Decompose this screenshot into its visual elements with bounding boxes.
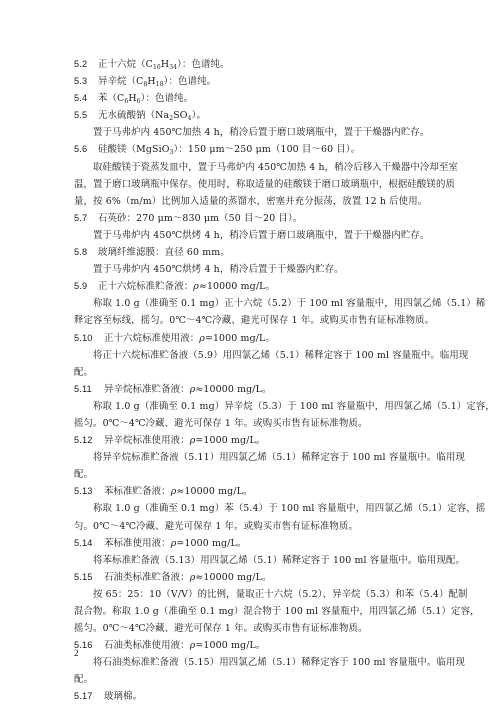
paragraph-line: 将正十六烷标准贮备液（5.9）用四氯乙烯（5.1）稀释定容于 100 ml 容量… <box>74 347 430 364</box>
subscript: 16 <box>153 64 161 71</box>
concentration-value: ≈10000 mg/L。 <box>195 384 271 395</box>
section-heading: 5.8玻璃纤维滤膜：直径 60 mm。 <box>74 244 430 261</box>
paragraph-line: 温，置于磨口玻璃瓶中保存。使用时，称取适量的硅酸镁于磨口玻璃瓶中，根据硅酸镁的质 <box>74 176 430 193</box>
section-heading: 5.4苯（C6H6）：色谱纯。 <box>74 90 430 107</box>
section-number: 5.5 <box>74 107 98 124</box>
concentration-value: ≈10000 mg/L。 <box>195 572 271 583</box>
section-title: 正十六烷标准贮备液： <box>98 281 193 292</box>
paragraph-line: 配。 <box>74 466 430 483</box>
paragraph-line: 量，按 6%（m/m）比例加入适量的蒸馏水，密塞并充分振荡，放置 12 h 后使… <box>74 193 430 210</box>
section-heading: 5.15石油类标准贮备液：ρ≈10000 mg/L。 <box>74 569 430 586</box>
section-heading: 5.6硅酸镁（MgSiO3）：150 μm～250 μm（100 目～60 目）… <box>74 141 430 158</box>
section-title: 石英砂：270 μm～830 μm（50 目～20 目）。 <box>98 213 302 224</box>
section-heading: 5.7石英砂：270 μm～830 μm（50 目～20 目）。 <box>74 210 430 227</box>
section-title: 无水硫酸钠（Na <box>98 110 169 121</box>
section-title: 苯标准使用液： <box>104 538 171 549</box>
page-number: 2 <box>74 648 79 658</box>
section-heading: 5.11异辛烷标准贮备液：ρ≈10000 mg/L。 <box>74 381 430 398</box>
section-title: 苯（C <box>98 93 124 104</box>
section-title-suffix: ）：色谱纯。 <box>141 93 193 104</box>
paragraph-line: 配。 <box>74 364 430 381</box>
paragraph-line: 摇匀。0℃～4℃冷藏、避光可保存 1 年。或购买市售有证标准物质。 <box>74 415 430 432</box>
section-heading: 5.10正十六烷标准使用液：ρ=1000 mg/L。 <box>74 330 430 347</box>
section-number: 5.9 <box>74 278 98 295</box>
paragraph-line: 将苯标准贮备液（5.13）用四氯乙烯（5.1）稀释定容于 100 ml 容量瓶中… <box>74 552 430 569</box>
document-page: 5.2正十六烷（C16H34）：色谱纯。5.3异辛烷（C8H18）：色谱纯。5.… <box>0 0 499 705</box>
section-title: 玻璃纤维滤膜：直径 60 mm。 <box>98 247 230 258</box>
paragraph-line: 释定容至标线，摇匀。0℃～4℃冷藏、避光可保存 1 年。或购买市售有证标准物质。 <box>74 312 430 329</box>
paragraph-line: 配。 <box>74 671 430 688</box>
subscript: 18 <box>156 81 164 88</box>
concentration-value: =1000 mg/L。 <box>176 538 246 549</box>
section-number: 5.16 <box>74 637 104 654</box>
section-number: 5.2 <box>74 56 98 73</box>
paragraph-line: 将异辛烷标准贮备液（5.11）用四氯乙烯（5.1）稀释定容于 100 ml 容量… <box>74 449 430 466</box>
section-number: 5.12 <box>74 432 104 449</box>
section-number: 5.10 <box>74 330 104 347</box>
paragraph-line: 摇匀。0℃～4℃冷藏、避光可保存 1 年。或购买市售有证标准物质。 <box>74 620 430 637</box>
section-number: 5.15 <box>74 569 104 586</box>
section-number: 5.14 <box>74 535 104 552</box>
section-heading: 5.17玻璃棉。 <box>74 688 430 705</box>
concentration-value: ≈10000 mg/L。 <box>199 281 275 292</box>
concentration-value: =1000 mg/L。 <box>195 435 265 446</box>
paragraph-line: 称取 1.0 g（准确至 0.1 mg）苯（5.4）于 100 ml 容量瓶中，… <box>74 500 430 517</box>
formula-part: H <box>161 59 169 70</box>
section-title: 正十六烷（C <box>98 59 153 70</box>
concentration-value: =1000 mg/L。 <box>205 333 275 344</box>
section-heading: 5.12异辛烷标准使用液：ρ=1000 mg/L。 <box>74 432 430 449</box>
section-title-suffix: ）。 <box>192 110 206 121</box>
paragraph-line: 置于马弗炉内 450℃烘烤 4 h，稍冷后置于磨口玻璃瓶中，置于干燥器内贮存。 <box>74 227 430 244</box>
section-heading: 5.3异辛烷（C8H18）：色谱纯。 <box>74 73 430 90</box>
section-number: 5.7 <box>74 210 98 227</box>
subscript: 34 <box>169 64 177 71</box>
paragraph-line: 按 65：25：10（V/V）的比例，量取正十六烷（5.2）、异辛烷（5.3）和… <box>74 586 430 603</box>
paragraph-line: 称取 1.0 g（准确至 0.1 mg）正十六烷（5.2）于 100 ml 容量… <box>74 295 430 312</box>
section-number: 5.4 <box>74 90 98 107</box>
section-title: 正十六烷标准使用液： <box>104 333 199 344</box>
formula-part: SO <box>173 110 187 121</box>
section-title: 石油类标准贮备液： <box>104 572 190 583</box>
section-title: 异辛烷（C <box>98 76 143 87</box>
paragraph-line: 将石油类标准贮备液（5.15）用四氯乙烯（5.1）稀释定容于 100 ml 容量… <box>74 654 430 671</box>
concentration-value: =1000 mg/L。 <box>195 640 265 651</box>
formula-part: H <box>147 76 155 87</box>
section-title-suffix: ）：150 μm～250 μm（100 目～60 目）。 <box>174 144 361 155</box>
paragraph-line: 取硅酸镁于瓷蒸发皿中，置于马弗炉内 450℃加热 4 h，稍冷后移入干燥器中冷却… <box>74 159 430 176</box>
section-heading: 5.13苯标准贮备液：ρ≈10000 mg/L。 <box>74 483 430 500</box>
paragraph-line: 置于马弗炉内 450℃加热 4 h，稍冷后置于磨口玻璃瓶中，置于干燥器内贮存。 <box>74 124 430 141</box>
section-title: 苯标准贮备液： <box>104 486 171 497</box>
paragraph-line: 混合物。称取 1.0 g（准确至 0.1 mg）混合物于 100 ml 容量瓶中… <box>74 603 430 620</box>
paragraph-line: 置于马弗炉内 450℃烘烤 4 h，稍冷后置于干燥器内贮存。 <box>74 261 430 278</box>
section-heading: 5.5无水硫酸钠（Na2SO4）。 <box>74 107 430 124</box>
section-title-suffix: ）：色谱纯。 <box>164 76 216 87</box>
section-heading: 5.14苯标准使用液：ρ=1000 mg/L。 <box>74 535 430 552</box>
section-heading: 5.16石油类标准使用液：ρ=1000 mg/L。 <box>74 637 430 654</box>
paragraph-line: 称取 1.0 g（准确至 0.1 mg）异辛烷（5.3）于 100 ml 容量瓶… <box>74 398 430 415</box>
concentration-value: ≈10000 mg/L。 <box>176 486 252 497</box>
section-title: 石油类标准使用液： <box>104 640 190 651</box>
section-number: 5.3 <box>74 73 98 90</box>
section-number: 5.17 <box>74 688 104 705</box>
section-title: 异辛烷标准贮备液： <box>104 384 190 395</box>
formula-part: H <box>128 93 136 104</box>
section-title: 硅酸镁（MgSiO <box>98 144 170 155</box>
section-title: 异辛烷标准使用液： <box>104 435 190 446</box>
section-title-suffix: ）：色谱纯。 <box>177 59 229 70</box>
document-body: 5.2正十六烷（C16H34）：色谱纯。5.3异辛烷（C8H18）：色谱纯。5.… <box>74 56 430 705</box>
section-number: 5.11 <box>74 381 104 398</box>
section-number: 5.8 <box>74 244 98 261</box>
section-title: 玻璃棉。 <box>104 691 142 702</box>
section-heading: 5.2正十六烷（C16H34）：色谱纯。 <box>74 56 430 73</box>
paragraph-line: 匀。0℃～4℃冷藏、避光可保存 1 年。或购买市售有证标准物质。 <box>74 518 430 535</box>
section-number: 5.13 <box>74 483 104 500</box>
section-number: 5.6 <box>74 141 98 158</box>
section-heading: 5.9正十六烷标准贮备液：ρ≈10000 mg/L。 <box>74 278 430 295</box>
